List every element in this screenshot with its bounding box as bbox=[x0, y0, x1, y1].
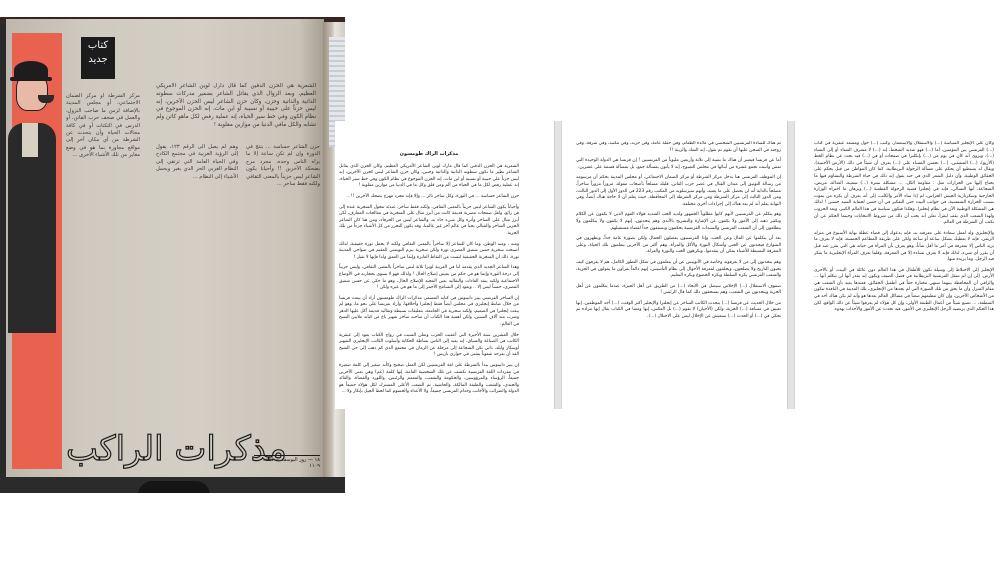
doc2-paragraph: أما عن فرنسا فيعتبر أن هناك ما نسبة إلى … bbox=[576, 158, 781, 171]
figure-collar bbox=[22, 123, 38, 157]
doc2-paragraph: من خلال الحديث عن فرنسا (...) يتحدث الكا… bbox=[576, 301, 781, 321]
doc2-paragraph: صفوف الاستقلال (...) الإخلاص سيصل في الا… bbox=[576, 284, 781, 297]
doc1-paragraph: وأحياناً يكون الشاعر ليس حزيناً بالمعنى … bbox=[339, 205, 519, 238]
doc1-paragraph: وهذا الشاعر الجديد الذي يقدمه لنا في الع… bbox=[339, 265, 519, 291]
page-separator-1 bbox=[554, 121, 562, 409]
doc1-paragraph: حزن الشاعر حساسة ... في الثورة، وكل ساخر… bbox=[339, 194, 519, 201]
doc2-paragraph: وهو يتكلم عن الفرنسيين لأنهم كانوا مطلوب… bbox=[576, 212, 781, 232]
document-page-2-text: ثم هناك للسادة الفرنسيين الشخصي في مائدة… bbox=[576, 141, 781, 403]
magazine-page: كتاب جديد الشعرية هي الحزن الدفين كما قا… bbox=[6, 19, 324, 481]
document-page-3-text: وكان على الإنجليز السياسة (...) والاستقل… bbox=[814, 141, 994, 403]
doc2-paragraph: ثم هناك للسادة الفرنسيين الشخصي في مائدة… bbox=[576, 141, 781, 154]
doc2-paragraph: إن الموظف الفرنسي هنا يدخل مركز الشرطة أ… bbox=[576, 175, 781, 208]
hat-brim bbox=[10, 77, 52, 81]
badge-line-1: كتاب bbox=[81, 39, 115, 53]
doc2-paragraph: وهم يتحدثون إلى من لا يعرفونه وخاصة في ا… bbox=[576, 260, 781, 280]
doc1-paragraph: ومنه ، ومنه الوطن، وما كان للشاعر إلا سا… bbox=[339, 242, 519, 262]
doc1-paragraph: خلال العشرين سنة الأخيرة التي أعقبت الحر… bbox=[339, 333, 519, 359]
document-page-3: وكان على الإنجليز السياسة (...) والاستقل… bbox=[796, 121, 1000, 409]
doc3-paragraph: الإنجليز إلى الاختلاط إلى وسيلة تكون للأ… bbox=[814, 268, 994, 314]
magazine-page-footer: ١٨ — روز اليوسف — العدد ١١٠٩ bbox=[254, 455, 320, 469]
photo-bottom-bar bbox=[0, 477, 345, 493]
document-page-2: ثم هناك للسادة الفرنسيين الشخصي في مائدة… bbox=[562, 121, 787, 409]
document-title: مذكرات الراك طومسون bbox=[339, 151, 519, 158]
magazine-column-middle: وهم لم يصل الى الرقم ١٢٣، يقول إلى الرؤي… bbox=[156, 144, 238, 304]
doc1-paragraph: إن بيير دانينوس يبدأ بالشرطة على لغة الف… bbox=[339, 363, 519, 396]
illustration-panel bbox=[12, 33, 62, 469]
magazine-column-right: حزن الشاعر حساسة ... ينتج في الدورة وإن … bbox=[246, 144, 320, 444]
doc3-paragraph: والإنجليزي ولد لعمل سعادة على معرفته به،… bbox=[814, 231, 994, 264]
page-separator-2 bbox=[787, 121, 795, 409]
pipe-icon bbox=[38, 95, 54, 103]
magazine-scan-photo: كتاب جديد الشعرية هي الحزن الدفين كما قا… bbox=[0, 17, 345, 493]
document-page-1: مذكرات الراك طومسون الشعرية هي الحزن الد… bbox=[335, 121, 525, 409]
badge-line-2: جديد bbox=[81, 53, 115, 67]
magazine-column-left: مركز الشرطة أو مركز الضمان الاجتماعي، أو… bbox=[66, 93, 140, 403]
doc2-paragraph: بعد أن يتكلموا عن المال وعن الحب، وإذا ا… bbox=[576, 236, 781, 256]
photo-bottom-notch bbox=[138, 481, 210, 493]
doc1-paragraph: الشعرية هي الحزن الدفين كما قال مارك لوي… bbox=[339, 164, 519, 190]
document-page-1-text: مذكرات الراك طومسون الشعرية هي الحزن الد… bbox=[339, 151, 519, 401]
magazine-intro-paragraph: الشعرية هي الحزن الدفين كما قال دارل لوي… bbox=[156, 83, 316, 135]
doc1-paragraph: إن الساخر الفرنسي بيير دانينوس في كتابه … bbox=[339, 296, 519, 329]
doc3-paragraph: وكان على الإنجليز السياسة (...) والاستقل… bbox=[814, 141, 994, 227]
new-book-badge: كتاب جديد bbox=[81, 37, 115, 79]
